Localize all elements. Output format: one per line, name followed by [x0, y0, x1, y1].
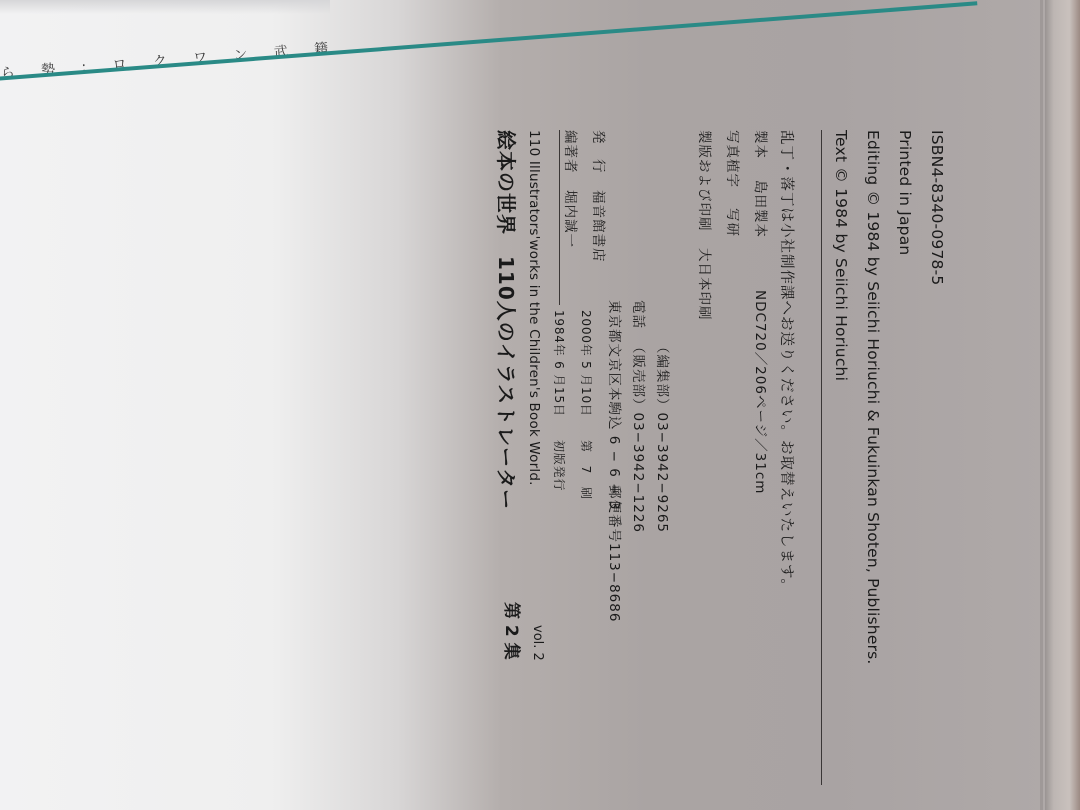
colophon-block: 絵本の世界 110人のイラストレーター 110 Illustrators'wor… [480, 130, 1000, 790]
credit-editing: Editing © 1984 by Seiichi Horiuchi & Fuk… [864, 130, 882, 665]
editor-name: 堀内誠一 [562, 190, 582, 248]
publisher-name: 福音館書店 [590, 190, 610, 263]
publisher-label: 発 行 [590, 130, 610, 174]
volume-japanese: 第 2 集 [501, 602, 526, 660]
publisher-address: 東京都文京区本駒込 6 − 6 − 3 [606, 300, 626, 510]
credits-rule [821, 130, 822, 785]
replacement-notice: 乱丁・落丁は小社制作課へお送りください。お取替えいたします。 [777, 130, 798, 594]
edition-1-date: 1984年 6 月15日 [551, 310, 568, 417]
title-rule [559, 130, 560, 305]
binding-value: 島田製本 [752, 180, 772, 238]
page-stack-edge [1045, 0, 1080, 810]
printing-label: 製版および印刷 [696, 130, 716, 232]
page-edge-line [1040, 0, 1043, 810]
editor-label: 編著者 [562, 130, 582, 174]
edition-2-label: 第 7 刷 [578, 440, 595, 500]
printing-value: 大日本印刷 [696, 248, 716, 321]
postal-code: 郵便番号113−8686 [606, 485, 626, 622]
edition-2-date: 2000年 5 月10日 [578, 310, 595, 417]
ndc-info: NDC720／206ページ／31cm [752, 290, 772, 494]
printed-in: Printed in Japan [896, 130, 914, 255]
phototype-label: 写真植字 [724, 130, 744, 188]
isbn: ISBN4-8340-0978-5 [928, 130, 946, 285]
title-english: 110 Illustrators'works in the Children's… [526, 130, 542, 486]
phototype-value: 写研 [724, 208, 744, 237]
edition-1-label: 初版発行 [551, 440, 568, 491]
title-japanese: 絵本の世界 110人のイラストレーター [493, 130, 522, 510]
phone-label: 電話 [630, 300, 650, 329]
binding-label: 製本 [752, 130, 772, 159]
phone-sales: （販売部）03−3942−1226 [630, 340, 650, 533]
top-shadow [0, 0, 330, 14]
credit-text: Text © 1984 by Seiichi Horiuchi [832, 130, 850, 381]
volume-english: vol. 2 [530, 625, 545, 661]
phone-editorial: （編集部）03−3942−9265 [654, 340, 674, 533]
